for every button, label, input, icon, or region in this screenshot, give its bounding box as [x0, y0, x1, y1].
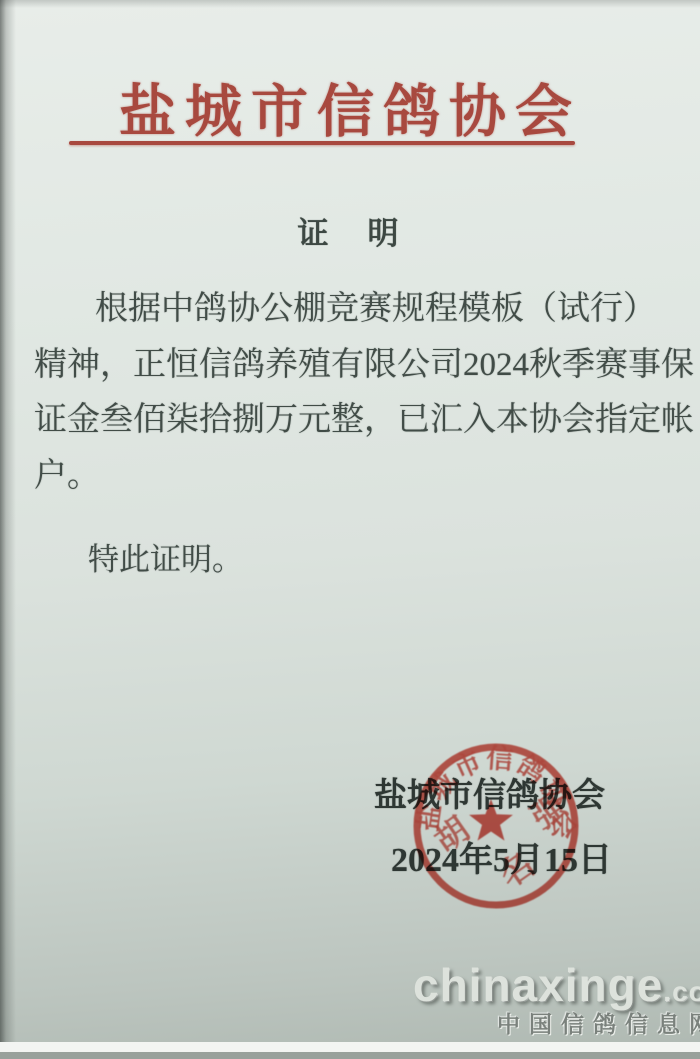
body-line: 精神，正恒信鸽养殖有限公司2024秋季赛事保 [34, 338, 692, 394]
certificate-heading: 证 明 [0, 208, 700, 253]
bottom-white-band [0, 1042, 700, 1052]
body-line: 户。 [34, 449, 692, 505]
association-title: 盐城市信鸽协会 [0, 66, 700, 148]
certificate-body: 根据中鸽协公棚竞赛规程模板（试行）精神，正恒信鸽养殖有限公司2024秋季赛事保证… [34, 282, 692, 504]
watermark-site-name: chinaxinge [413, 959, 663, 1011]
body-line: 根据中鸽协公棚竞赛规程模板（试行） [34, 282, 692, 338]
seal-inner-char-3: 名 [493, 846, 541, 895]
title-underline [69, 141, 575, 145]
bottom-gray-band [0, 1052, 700, 1059]
seal-star-icon [469, 799, 513, 841]
watermark-site-chinese-name: 中国信鸽信息网 [497, 1006, 700, 1039]
watermark-domain-suffix: .com [663, 976, 700, 1007]
red-round-seal-icon: 盐城市信鸽协会 胡 强 名 [408, 738, 584, 914]
document-photo: 盐城市信鸽协会 证 明 根据中鸽协公棚竞赛规程模板（试行）精神，正恒信鸽养殖有限… [0, 0, 700, 1059]
photo-left-shadow [0, 0, 16, 1059]
photo-top-shadow [0, 0, 700, 8]
watermark-site-logo: chinaxinge.com [413, 958, 700, 1012]
closing-statement: 特此证明。 [88, 534, 243, 579]
body-line: 证金叁佰柒拾捌万元整，已汇入本协会指定帐 [34, 393, 692, 449]
